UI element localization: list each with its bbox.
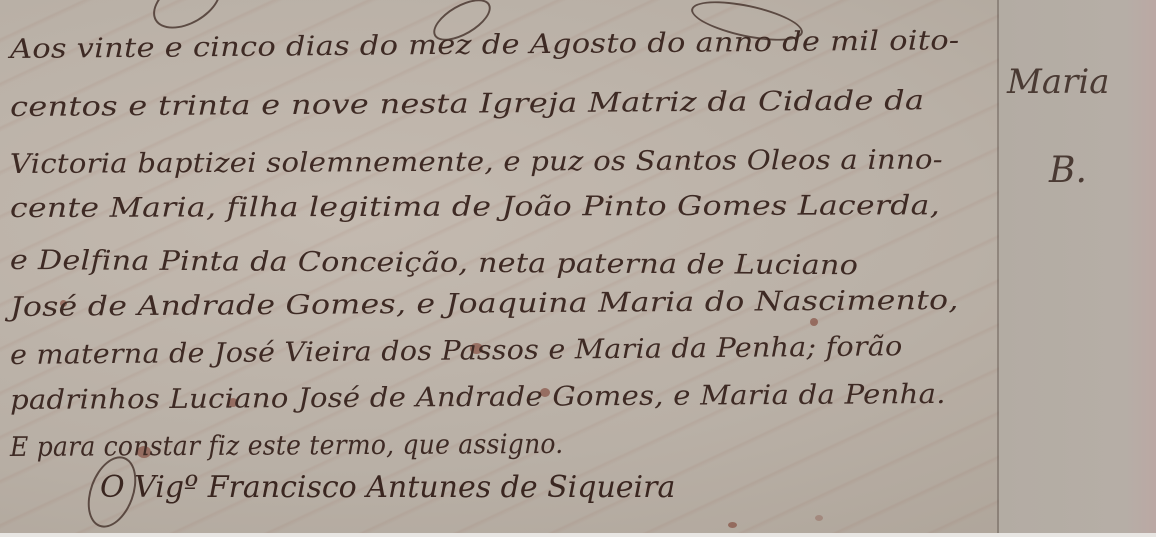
- image-bottom-edge: [0, 533, 1156, 537]
- record-line-6: José de Andrade Gomes, e Joaquina Maria …: [10, 285, 959, 323]
- record-line-9: E para constar fiz este termo, que assig…: [10, 429, 564, 463]
- ink-stain: [810, 318, 818, 326]
- manuscript-page: Aos vinte e cinco dias do mez de Agosto …: [0, 0, 1156, 537]
- priest-signature: O Vigº Francisco Antunes de Siqueira: [100, 470, 675, 505]
- ink-stain: [728, 522, 737, 528]
- margin-mark: B.: [1049, 150, 1087, 191]
- record-line-5: e Delfina Pinta da Conceição, neta pater…: [10, 245, 858, 281]
- ink-stain: [815, 515, 823, 521]
- record-line-7: e materna de José Vieira dos Passos e Ma…: [10, 331, 903, 371]
- record-line-2: centos e trinta e nove nesta Igreja Matr…: [10, 85, 925, 123]
- record-line-3: Victoria baptizei solemnemente, e puz os…: [10, 144, 943, 180]
- margin-column: Maria B.: [999, 0, 1156, 537]
- record-line-4: cente Maria, filha legitima de João Pint…: [10, 190, 940, 224]
- margin-name: Maria: [1007, 62, 1109, 102]
- record-line-1: Aos vinte e cinco dias do mez de Agosto …: [10, 25, 960, 65]
- record-line-8: padrinhos Luciano José de Andrade Gomes,…: [10, 379, 946, 416]
